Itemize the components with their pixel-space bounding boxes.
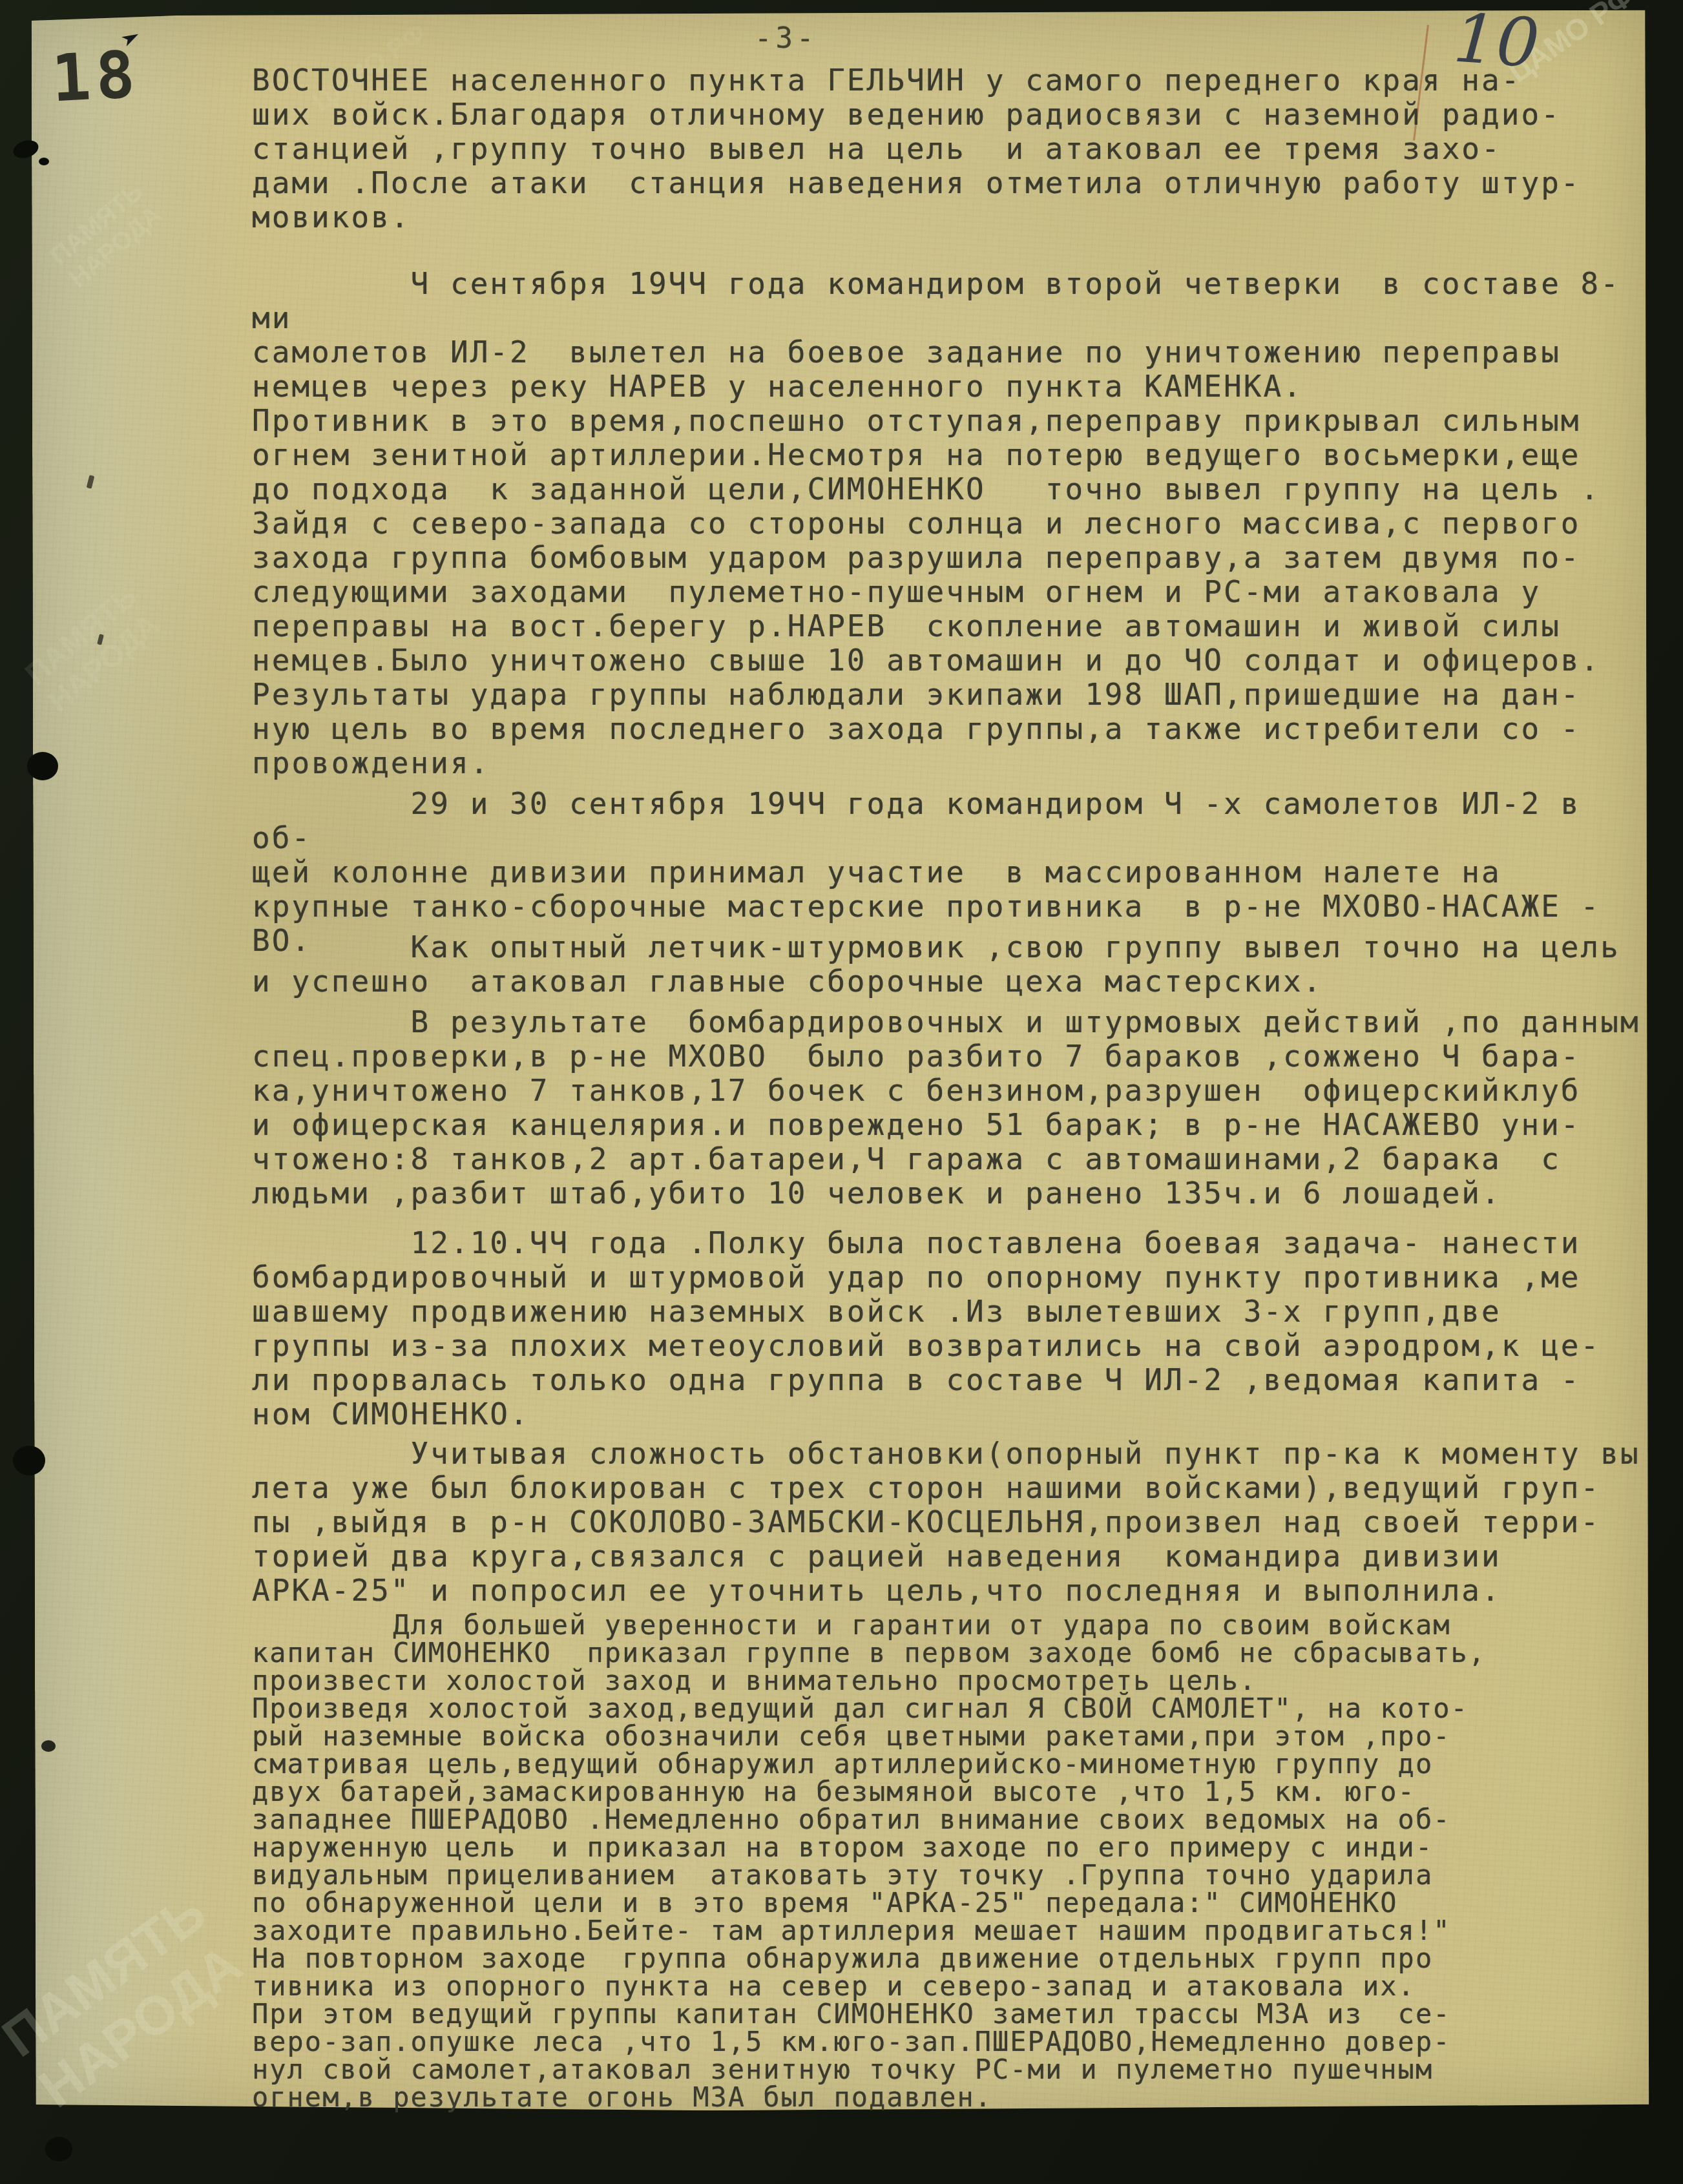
typed-paragraph: Для большей уверенности и гарантии от уд… <box>252 1611 1651 2111</box>
hole-punch <box>45 2137 72 2161</box>
typed-paragraph: 12.10.ЧЧ года .Полку была поставлена бое… <box>252 1226 1651 1431</box>
typed-paragraph: Учитывая сложность обстановки(опорный пу… <box>252 1437 1651 1608</box>
typed-paragraph: Ч сентября 19ЧЧ года командиром второй ч… <box>252 267 1651 780</box>
page-number: -3- <box>755 22 817 55</box>
hole-punch <box>13 1446 45 1475</box>
typed-paragraph: Как опытный летчик-штурмовик ,свою групп… <box>252 930 1651 999</box>
typed-paragraph: В результате бомбардировочных и штурмовы… <box>252 1005 1651 1211</box>
hole-punch <box>41 1740 56 1752</box>
hole-punch <box>39 158 49 165</box>
typed-paragraph: ВОСТОЧНЕЕ населенного пункта ГЕЛЬЧИН у с… <box>252 63 1651 234</box>
hole-punch <box>27 752 58 780</box>
